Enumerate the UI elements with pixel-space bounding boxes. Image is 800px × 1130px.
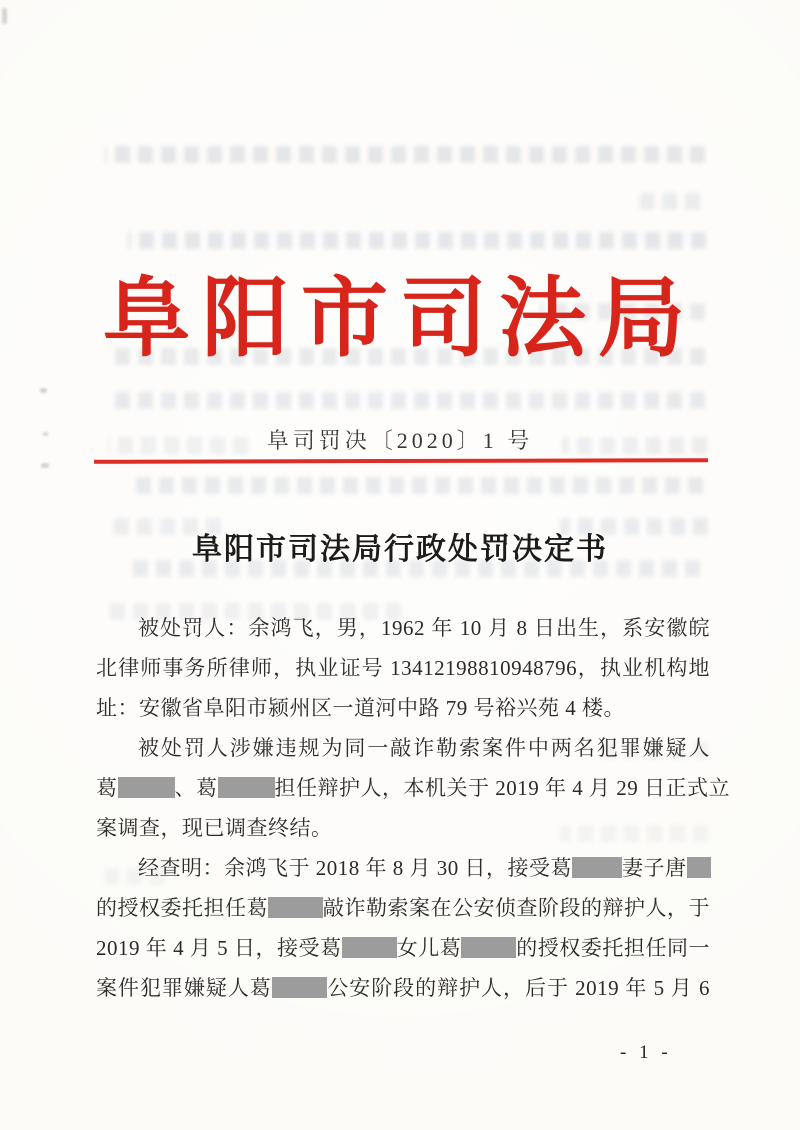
document-number: 阜司罚决〔2020〕1 号 bbox=[0, 424, 800, 455]
scan-speck bbox=[41, 463, 49, 468]
body-line-p3-l2: 的授权委托担任葛敲诈勒索案在公安侦查阶段的辩护人，于 bbox=[96, 888, 710, 928]
body-text: 案调查，现已调查终结。 bbox=[96, 816, 333, 840]
page-number: - 1 - bbox=[620, 1042, 672, 1064]
body-text: 案件犯罪嫌疑人葛 bbox=[96, 976, 272, 1000]
body-line-p2-l2: 葛、葛担任辩护人，本机关于 2019 年 4 月 29 日正式立 bbox=[96, 768, 710, 808]
body-line-p1-l3: 址：安徽省阜阳市颍州区一道河中路 79 号裕兴苑 4 楼。 bbox=[96, 688, 710, 728]
body-text: 的授权委托担任葛 bbox=[96, 896, 268, 920]
body-line-p3-l1: 经查明：余鸿飞于 2018 年 8 月 30 日，接受葛妻子唐 bbox=[96, 848, 710, 888]
bleed-through-artifact bbox=[640, 193, 700, 210]
body-text: 经查明：余鸿飞于 2018 年 8 月 30 日，接受葛 bbox=[138, 856, 572, 880]
red-divider-rule bbox=[94, 458, 708, 464]
redaction-box bbox=[118, 777, 175, 798]
bleed-through-artifact bbox=[110, 392, 705, 409]
body-line-p3-l3: 2019 年 4 月 5 日，接受葛女儿葛的授权委托担任同一 bbox=[96, 928, 710, 968]
body-text: 公安阶段的辩护人，后于 2019 年 5 月 6 bbox=[327, 976, 710, 1000]
body-text: 、葛 bbox=[175, 776, 218, 800]
redaction-box bbox=[687, 857, 711, 878]
body-line-p3-l4: 案件犯罪嫌疑人葛公安阶段的辩护人，后于 2019 年 5 月 6 bbox=[96, 968, 710, 1008]
body-line-p2-l3: 案调查，现已调查终结。 bbox=[96, 808, 710, 848]
body-text: 址：安徽省阜阳市颍州区一道河中路 79 号裕兴苑 4 楼。 bbox=[96, 696, 625, 720]
agency-header: 阜阳市司法局 bbox=[0, 248, 800, 373]
body-text: 北律师事务所律师，执业证号 13412198810948796，执业机构地 bbox=[96, 656, 710, 680]
body-text: 被处罚人涉嫌违规为同一敲诈勒索案件中两名犯罪嫌疑人 bbox=[138, 736, 710, 760]
document-body: 被处罚人：余鸿飞，男，1962 年 10 月 8 日出生，系安徽皖北律师事务所律… bbox=[96, 608, 710, 1008]
redaction-box bbox=[268, 897, 323, 918]
body-text: 妻子唐 bbox=[622, 856, 687, 880]
scan-speck bbox=[43, 432, 48, 436]
bleed-through-artifact bbox=[105, 146, 705, 163]
scan-speck bbox=[40, 388, 47, 393]
redaction-box bbox=[342, 937, 397, 958]
bleed-through-artifact bbox=[128, 232, 706, 249]
body-line-p1-l1: 被处罚人：余鸿飞，男，1962 年 10 月 8 日出生，系安徽皖 bbox=[96, 608, 710, 648]
body-text: 被处罚人：余鸿飞，男，1962 年 10 月 8 日出生，系安徽皖 bbox=[138, 616, 710, 640]
body-text: 女儿葛 bbox=[397, 936, 462, 960]
bleed-through-artifact bbox=[128, 477, 703, 494]
body-text: 2019 年 4 月 5 日，接受葛 bbox=[96, 936, 342, 960]
scanned-document-page: 阜阳市司法局 阜司罚决〔2020〕1 号 阜阳市司法局行政处罚决定书 被处罚人：… bbox=[0, 0, 800, 1130]
redaction-box bbox=[272, 977, 327, 998]
document-title: 阜阳市司法局行政处罚决定书 bbox=[0, 524, 800, 568]
body-text: 敲诈勒索案在公安侦查阶段的辩护人，于 bbox=[323, 896, 710, 920]
redaction-box bbox=[461, 937, 516, 958]
body-line-p1-l2: 北律师事务所律师，执业证号 13412198810948796，执业机构地 bbox=[96, 648, 710, 688]
body-line-p2-l1: 被处罚人涉嫌违规为同一敲诈勒索案件中两名犯罪嫌疑人 bbox=[96, 728, 710, 768]
body-text: 担任辩护人，本机关于 2019 年 4 月 29 日正式立 bbox=[275, 776, 731, 800]
body-text: 的授权委托担任同一 bbox=[516, 936, 710, 960]
redaction-box bbox=[572, 857, 622, 878]
redaction-box bbox=[218, 777, 275, 798]
scan-speck bbox=[2, 8, 7, 24]
body-text: 葛 bbox=[96, 776, 118, 800]
